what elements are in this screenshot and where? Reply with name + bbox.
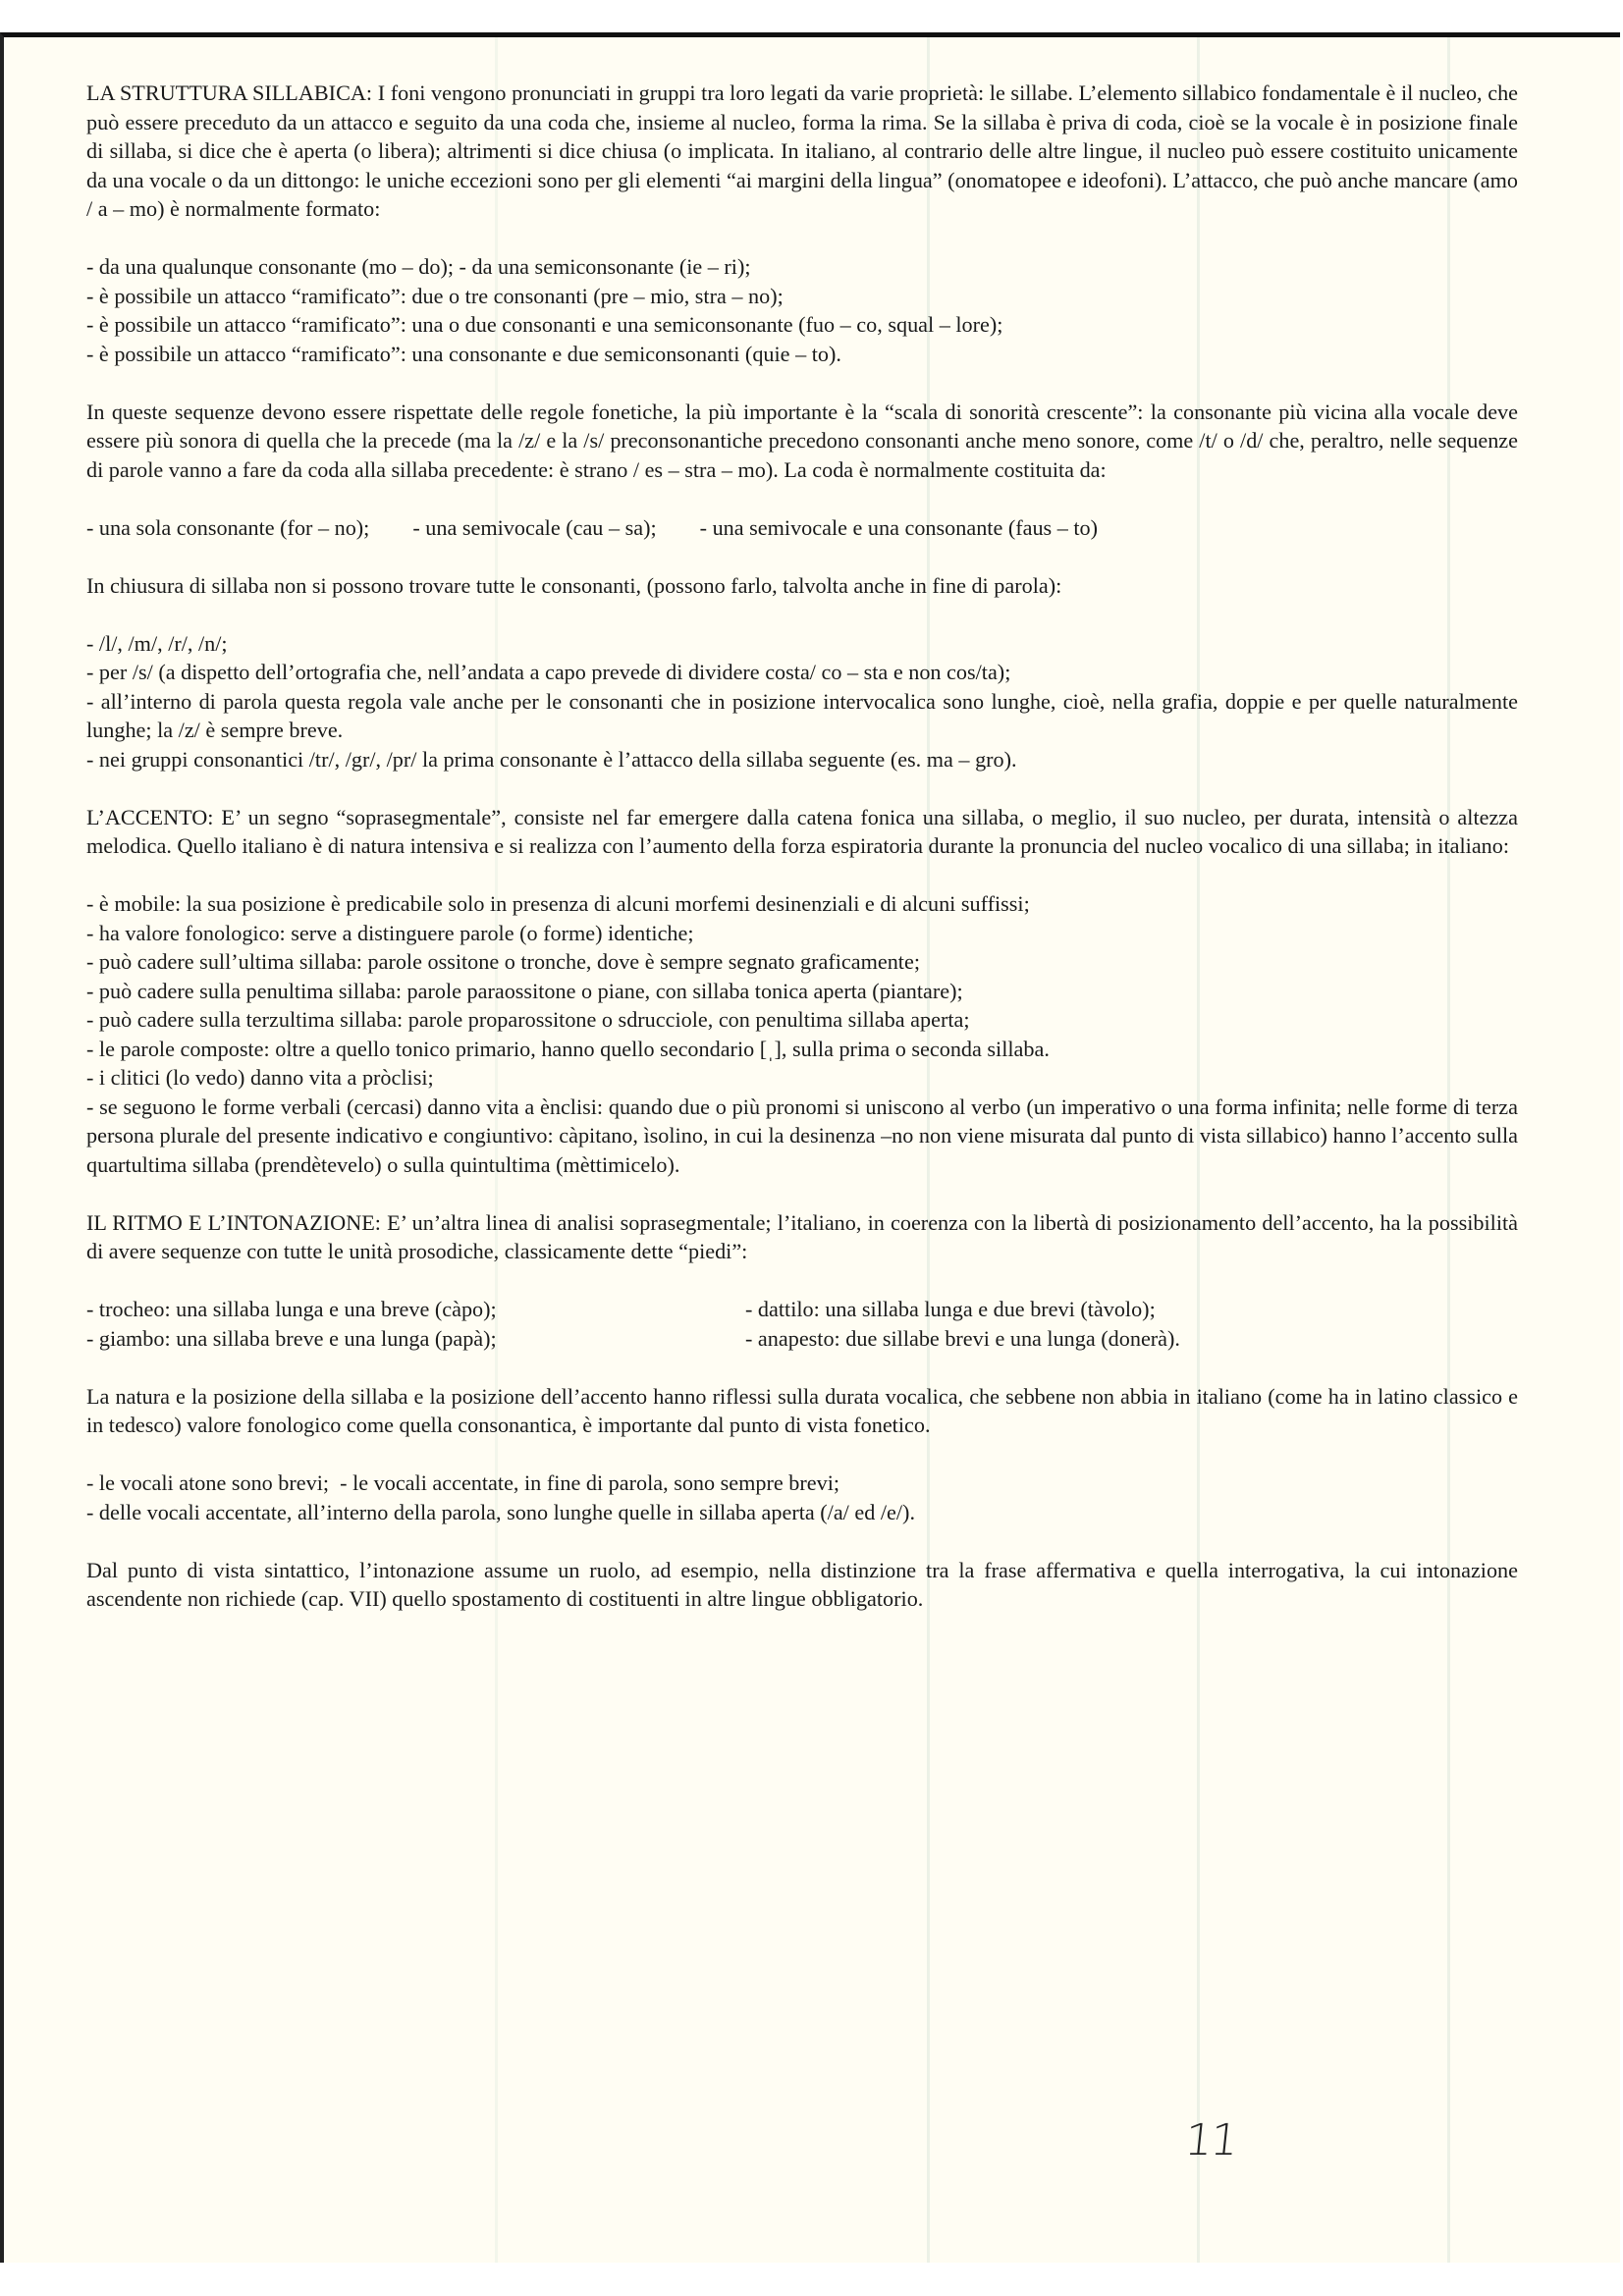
list-item: - da una qualunque consonante (mo – do);… bbox=[86, 252, 1518, 282]
list-item: - è possibile un attacco “ramificato”: u… bbox=[86, 310, 1518, 340]
list-item: - all’interno di parola questa regola va… bbox=[86, 687, 1518, 745]
sintassi-paragraph: Dal punto di vista sintattico, l’intonaz… bbox=[86, 1556, 1518, 1614]
coda-list: - una sola consonante (for – no); - una … bbox=[86, 513, 1518, 543]
list-item: - una semivocale e una consonante (faus … bbox=[700, 513, 1098, 543]
list-item: - una semivocale (cau – sa); bbox=[412, 513, 656, 543]
section-heading-struttura: LA STRUTTURA SILLABICA: bbox=[86, 80, 372, 105]
struttura-paragraph: LA STRUTTURA SILLABICA: I foni vengono p… bbox=[86, 79, 1518, 224]
list-item: - per /s/ (a dispetto dell’ortografia ch… bbox=[86, 658, 1518, 687]
list-item: - è possibile un attacco “ramificato”: u… bbox=[86, 340, 1518, 369]
accento-intro: E’ un segno “soprasegmentale”, consiste … bbox=[86, 805, 1518, 859]
list-item: - trocheo: una sillaba lunga e una breve… bbox=[86, 1295, 745, 1324]
page-number: 11 bbox=[1182, 2115, 1238, 2165]
list-item: - dattilo: una sillaba lunga e due brevi… bbox=[745, 1295, 1518, 1324]
list-item: - /l/, /m/, /r/, /n/; bbox=[86, 629, 1518, 659]
durata-paragraph: La natura e la posizione della sillaba e… bbox=[86, 1382, 1518, 1440]
list-item: - giambo: una sillaba breve e una lunga … bbox=[86, 1324, 745, 1354]
list-item: - è mobile: la sua posizione è predicabi… bbox=[86, 889, 1518, 919]
list-item: - se seguono le forme verbali (cercasi) … bbox=[86, 1093, 1518, 1180]
list-item: - è possibile un attacco “ramificato”: d… bbox=[86, 282, 1518, 311]
section-heading-accento: L’ACCENTO: bbox=[86, 805, 213, 829]
sonorita-paragraph: In queste sequenze devono essere rispett… bbox=[86, 398, 1518, 485]
page-content: LA STRUTTURA SILLABICA: I foni vengono p… bbox=[86, 79, 1518, 1614]
list-item: - anapesto: due sillabe brevi e una lung… bbox=[745, 1324, 1518, 1354]
list-item: - le parole composte: oltre a quello ton… bbox=[86, 1035, 1518, 1064]
list-item: - una sola consonante (for – no); bbox=[86, 513, 369, 543]
list-item: - delle vocali accentate, all’interno de… bbox=[86, 1498, 1518, 1527]
list-item: - può cadere sulla penultima sillaba: pa… bbox=[86, 977, 1518, 1006]
chiusura-paragraph: In chiusura di sillaba non si possono tr… bbox=[86, 571, 1518, 601]
piedi-list: - trocheo: una sillaba lunga e una breve… bbox=[86, 1295, 1518, 1353]
section-heading-ritmo: IL RITMO E L’INTONAZIONE: bbox=[86, 1210, 381, 1235]
accento-paragraph: L’ACCENTO: E’ un segno “soprasegmentale”… bbox=[86, 803, 1518, 861]
list-item: - i clitici (lo vedo) danno vita a pròcl… bbox=[86, 1063, 1518, 1093]
ritmo-paragraph: IL RITMO E L’INTONAZIONE: E’ un’altra li… bbox=[86, 1208, 1518, 1266]
list-item: - le vocali atone sono brevi; - le vocal… bbox=[86, 1468, 1518, 1498]
list-item: - può cadere sull’ultima sillaba: parole… bbox=[86, 947, 1518, 977]
list-item: - può cadere sulla terzultima sillaba: p… bbox=[86, 1005, 1518, 1035]
list-item: - nei gruppi consonantici /tr/, /gr/, /p… bbox=[86, 745, 1518, 774]
list-item: - ha valore fonologico: serve a distingu… bbox=[86, 919, 1518, 948]
